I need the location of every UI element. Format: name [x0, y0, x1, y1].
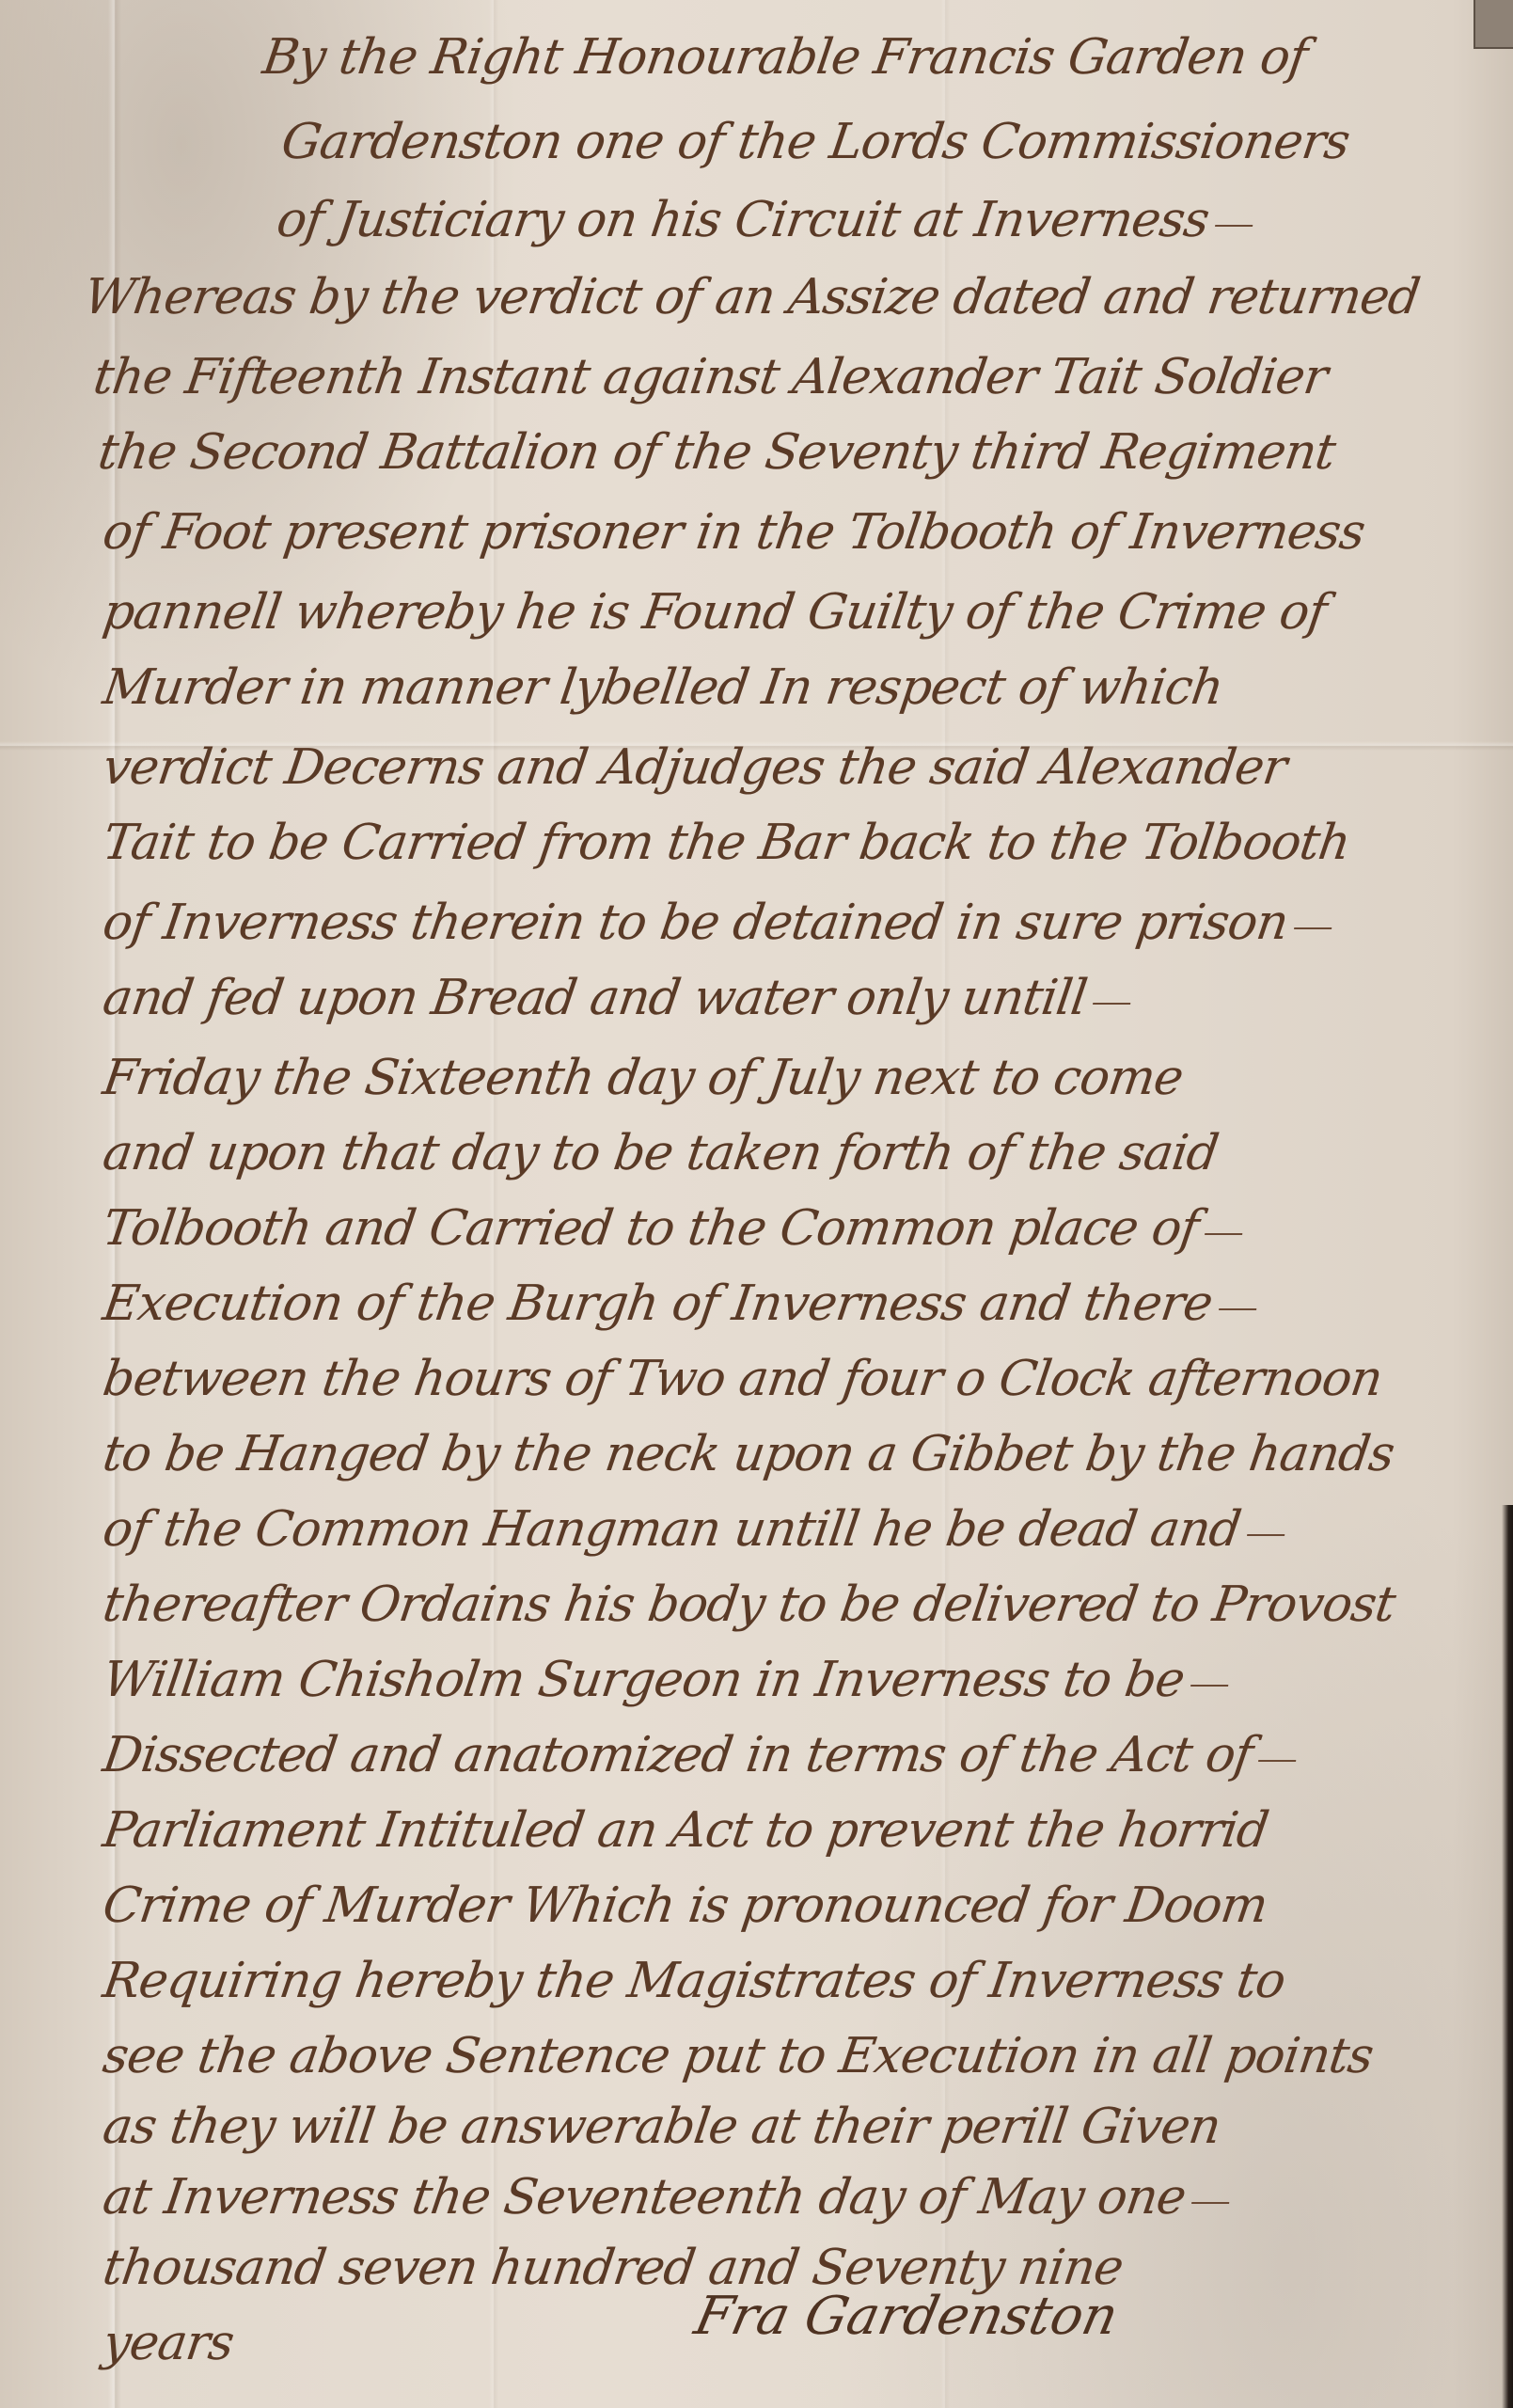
- body-line: of Foot present prisoner in the Tolbooth…: [100, 508, 1367, 557]
- line-flourish: [1190, 1685, 1228, 1687]
- manuscript-page: By the Right Honourable Francis Garden o…: [0, 0, 1513, 2408]
- body-line: thereafter Ordains his body to be delive…: [100, 1580, 1397, 1629]
- body-line: see the above Sentence put to Execution …: [100, 2032, 1376, 2081]
- heading-line: Gardenston one of the Lords Commissioner…: [278, 118, 1352, 166]
- body-line: the Fifteenth Instant against Alexander …: [90, 353, 1330, 402]
- body-line: Friday the Sixteenth day of July next to…: [100, 1053, 1186, 1102]
- body-line: Tait to be Carried from the Bar back to …: [100, 818, 1352, 867]
- body-line: verdict Decerns and Adjudges the said Al…: [100, 743, 1289, 792]
- body-line: the Second Battalion of the Seventy thir…: [95, 428, 1337, 477]
- body-line: Tolbooth and Carried to the Common place…: [100, 1204, 1246, 1253]
- body-line: Requiring hereby the Magistrates of Inve…: [100, 1956, 1287, 2005]
- body-line: Dissected and anatomized in terms of the…: [100, 1731, 1300, 1780]
- body-line: as they will be answerable at their peri…: [100, 2102, 1222, 2151]
- body-line: to be Hanged by the neck upon a Gibbet b…: [100, 1430, 1396, 1479]
- line-flourish: [1247, 1534, 1284, 1536]
- body-line: between the hours of Two and four o Cloc…: [100, 1354, 1384, 1403]
- body-line: William Chisholm Surgeon in Inverness to…: [100, 1655, 1232, 1704]
- corner-fold: [1474, 0, 1513, 49]
- signature: Fra Gardenston: [689, 2286, 1124, 2347]
- line-flourish: [1093, 1003, 1130, 1005]
- heading-line: By the Right Honourable Francis Garden o…: [260, 33, 1310, 82]
- body-line: pannell whereby he is Found Guilty of th…: [100, 588, 1329, 637]
- line-flourish: [1258, 1760, 1296, 1762]
- body-line: and upon that day to be taken forth of t…: [100, 1129, 1221, 1178]
- body-line: Execution of the Burgh of Inverness and …: [100, 1279, 1260, 1328]
- heading-line: of Justiciary on his Circuit at Invernes…: [274, 196, 1256, 245]
- body-line: of Inverness therein to be detained in s…: [100, 898, 1335, 947]
- line-flourish: [1191, 2202, 1229, 2204]
- line-flourish: [1219, 1308, 1256, 1310]
- body-line: and fed upon Bread and water only untill: [100, 974, 1134, 1022]
- body-line: of the Common Hangman untill he be dead …: [100, 1505, 1288, 1554]
- body-line: at Inverness the Seventeenth day of May …: [100, 2173, 1234, 2222]
- body-line: Crime of Murder Which is pronounced for …: [100, 1881, 1269, 1930]
- body-line: Murder in manner lybelled In respect of …: [100, 663, 1225, 712]
- line-flourish: [1215, 225, 1253, 227]
- body-line: Parliament Intituled an Act to prevent t…: [100, 1806, 1270, 1855]
- line-flourish: [1294, 927, 1332, 929]
- body-line: years: [100, 2319, 236, 2368]
- page-edge-shadow: [1502, 1505, 1513, 2408]
- line-flourish: [1205, 1233, 1242, 1235]
- body-line: Whereas by the verdict of an Assize date…: [81, 273, 1422, 322]
